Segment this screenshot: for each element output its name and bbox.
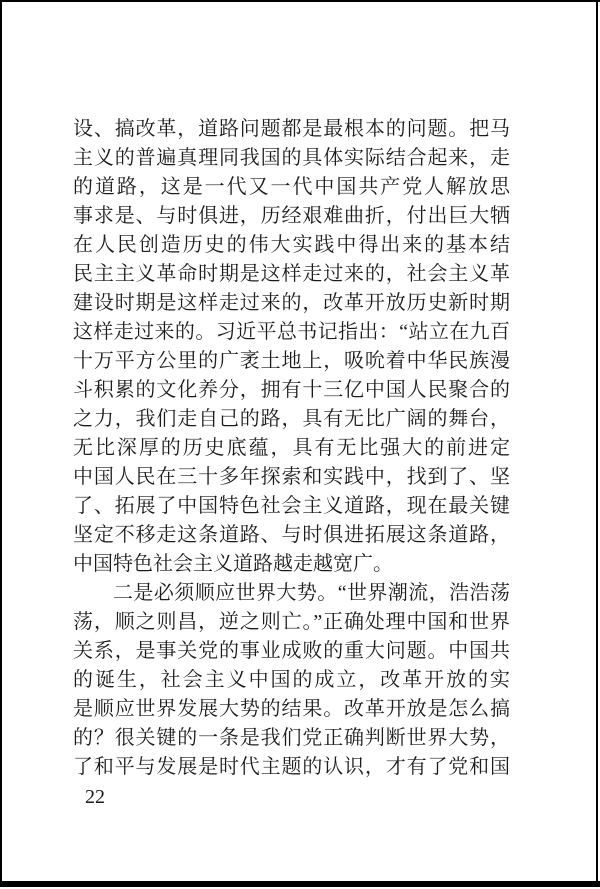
text-line: 设、搞改革，道路问题都是最根本的问题。把马克思: [73, 115, 510, 144]
page-number: 22: [85, 787, 105, 807]
text-line: 了和平与发展是时代主题的认识，才有了党和国家工: [73, 753, 510, 782]
text-line: 斗积累的文化养分，拥有十三亿中国人民聚合的磅礴: [73, 376, 510, 405]
text-line: 建设时期是这样走过来的，改革开放历史新时期也是: [73, 289, 510, 318]
text-line: 的？很关键的一条是我们党正确判断世界大势，确立: [73, 724, 510, 753]
text-line: 了、拓展了中国特色社会主义道路，现在最关键的是: [73, 492, 510, 521]
text-line: 荡，顺之则昌，逆之则亡。”正确处理中国和世界的: [73, 608, 510, 637]
scan-edge-right: [596, 0, 598, 887]
text-line: 主义的普遍真理同我国的具体实际结合起来，走自己: [73, 144, 510, 173]
text-line: 在人民创造历史的伟大实践中得出来的基本结论。新: [73, 231, 510, 260]
text-line: 无比深厚的历史底蕴，具有无比强大的前进定力。”: [73, 434, 510, 463]
scan-edge-bottom: [0, 881, 600, 887]
text-line: 关系，是事关党的事业成败的重大问题。中国共产党: [73, 637, 510, 666]
scan-edge-top: [0, 0, 600, 2]
book-page: 设、搞改革，道路问题都是最根本的问题。把马克思主义的普遍真理同我国的具体实际结合…: [0, 0, 600, 889]
text-line: 的道路，这是一代又一代中国共产党人解放思想、实: [73, 173, 510, 202]
text-line: 中国人民在三十多年探索和实践中，找到了、坚持: [73, 463, 510, 492]
scan-edge-left: [0, 0, 2, 887]
text-line: 十万平方公里的广袤土地上，吸吮着中华民族漫长奋: [73, 347, 510, 376]
text-line: 中国特色社会主义道路越走越宽广。: [73, 550, 510, 579]
text-line: 民主主义革命时期是这样走过来的，社会主义革命和: [73, 260, 510, 289]
body-text: 设、搞改革，道路问题都是最根本的问题。把马克思主义的普遍真理同我国的具体实际结合…: [73, 115, 510, 782]
text-line: 这样走过来的。习近平总书记指出：“站立在九百六: [73, 318, 510, 347]
text-line: 之力，我们走自己的路，具有无比广阔的舞台，具有: [73, 405, 510, 434]
text-line: 事求是、与时俱进，历经艰难曲折，付出巨大牺牲，: [73, 202, 510, 231]
text-line: 是顺应世界发展大势的结果。改革开放是怎么搞起来: [73, 695, 510, 724]
text-line: 二是必须顺应世界大势。“世界潮流，浩浩荡: [73, 579, 510, 608]
text-line: 坚定不移走这条道路、与时俱进拓展这条道路，推动: [73, 521, 510, 550]
text-line: 的诞生，社会主义中国的成立，改革开放的实行，都: [73, 666, 510, 695]
